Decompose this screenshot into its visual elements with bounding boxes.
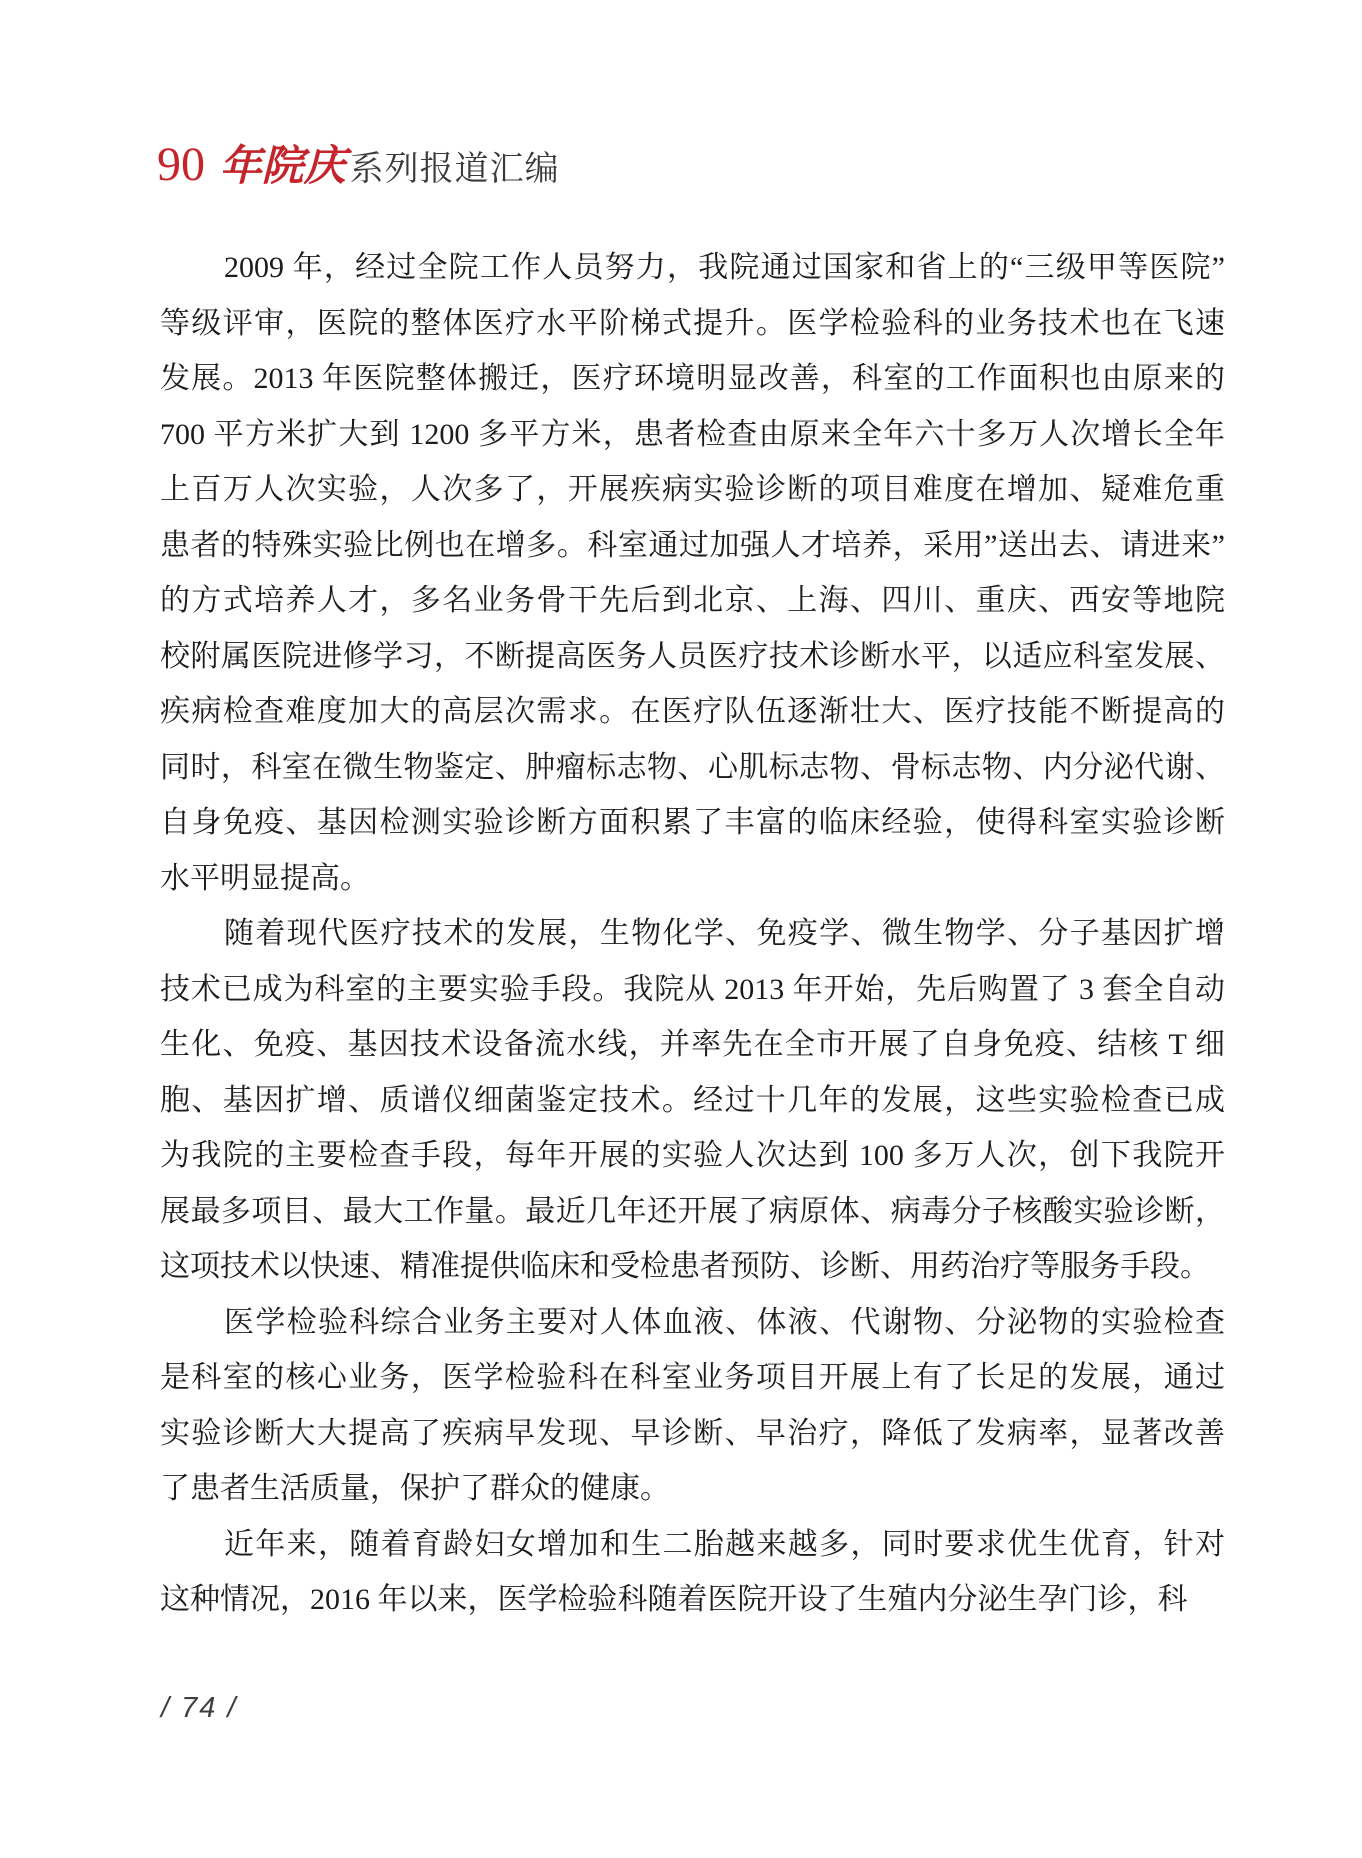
text-line: 这种情况，2016 年以来，医学检验科随着医院开设了生殖内分泌生孕门诊，科 [160,1572,1225,1628]
text-line: 患者的特殊实验比例也在增多。科室通过加强人才培养，采用”送出去、请进来” [160,518,1225,574]
text-line: 近年来，随着育龄妇女增加和生二胎越来越多，同时要求优生优育，针对 [160,1517,1225,1573]
text-line: 校附属医院进修学习，不断提高医务人员医疗技术诊断水平，以适应科室发展、 [160,629,1225,685]
text-line: 上百万人次实验，人次多了，开展疾病实验诊断的项目难度在增加、疑难危重 [160,462,1225,518]
text-line: 随着现代医疗技术的发展，生物化学、免疫学、微生物学、分子基因扩增 [160,906,1225,962]
text-line: 为我院的主要检查手段，每年开展的实验人次达到 100 多万人次，创下我院开 [160,1128,1225,1184]
page-number: / 74 / [161,1692,238,1724]
text-line: 了患者生活质量，保护了群众的健康。 [160,1461,1225,1517]
page-footer: / 74 / [161,1692,238,1725]
text-line: 的方式培养人才，多名业务骨干先后到北京、上海、四川、重庆、西安等地院 [160,573,1225,629]
article-body: 2009 年，经过全院工作人员努力，我院通过国家和省上的“三级甲等医院”等级评审… [160,240,1225,1628]
text-line: 实验诊断大大提高了疾病早发现、早诊断、早治疗，降低了发病率，显著改善 [160,1406,1225,1462]
text-line: 这项技术以快速、精准提供临床和受检患者预防、诊断、用药治疗等服务手段。 [160,1239,1225,1295]
header-series-title: 系列报道汇编 [350,152,560,186]
text-line: 2009 年，经过全院工作人员努力，我院通过国家和省上的“三级甲等医院” [160,240,1225,296]
page-header: 90 年院庆 系列报道汇编 [157,141,560,189]
text-line: 生化、免疫、基因技术设备流水线，并率先在全市开展了自身免疫、结核 T 细 [160,1017,1225,1073]
header-anniversary-number: 90 [157,141,205,189]
text-line: 自身免疫、基因检测实验诊断方面积累了丰富的临床经验，使得科室实验诊断 [160,795,1225,851]
text-line: 发展。2013 年医院整体搬迁，医疗环境明显改善，科室的工作面积也由原来的 [160,351,1225,407]
text-line: 是科室的核心业务，医学检验科在科室业务项目开展上有了长足的发展，通过 [160,1350,1225,1406]
document-page: 90 年院庆 系列报道汇编 2009 年，经过全院工作人员努力，我院通过国家和省… [0,0,1362,1858]
text-line: 展最多项目、最大工作量。最近几年还开展了病原体、病毒分子核酸实验诊断， [160,1184,1225,1240]
text-line: 疾病检查难度加大的高层次需求。在医疗队伍逐渐壮大、医疗技能不断提高的 [160,684,1225,740]
text-line: 同时，科室在微生物鉴定、肿瘤标志物、心肌标志物、骨标志物、内分泌代谢、 [160,740,1225,796]
text-line: 700 平方米扩大到 1200 多平方米，患者检查由原来全年六十多万人次增长全年 [160,407,1225,463]
text-line: 技术已成为科室的主要实验手段。我院从 2013 年开始，先后购置了 3 套全自动 [160,962,1225,1018]
text-line: 胞、基因扩增、质谱仪细菌鉴定技术。经过十几年的发展，这些实验检查已成 [160,1073,1225,1129]
text-line: 水平明显提高。 [160,851,1225,907]
text-line: 医学检验科综合业务主要对人体血液、体液、代谢物、分泌物的实验检查 [160,1295,1225,1351]
text-line: 等级评审，医院的整体医疗水平阶梯式提升。医学检验科的业务技术也在飞速 [160,296,1225,352]
header-anniversary-calligraphy: 年院庆 [205,145,346,187]
